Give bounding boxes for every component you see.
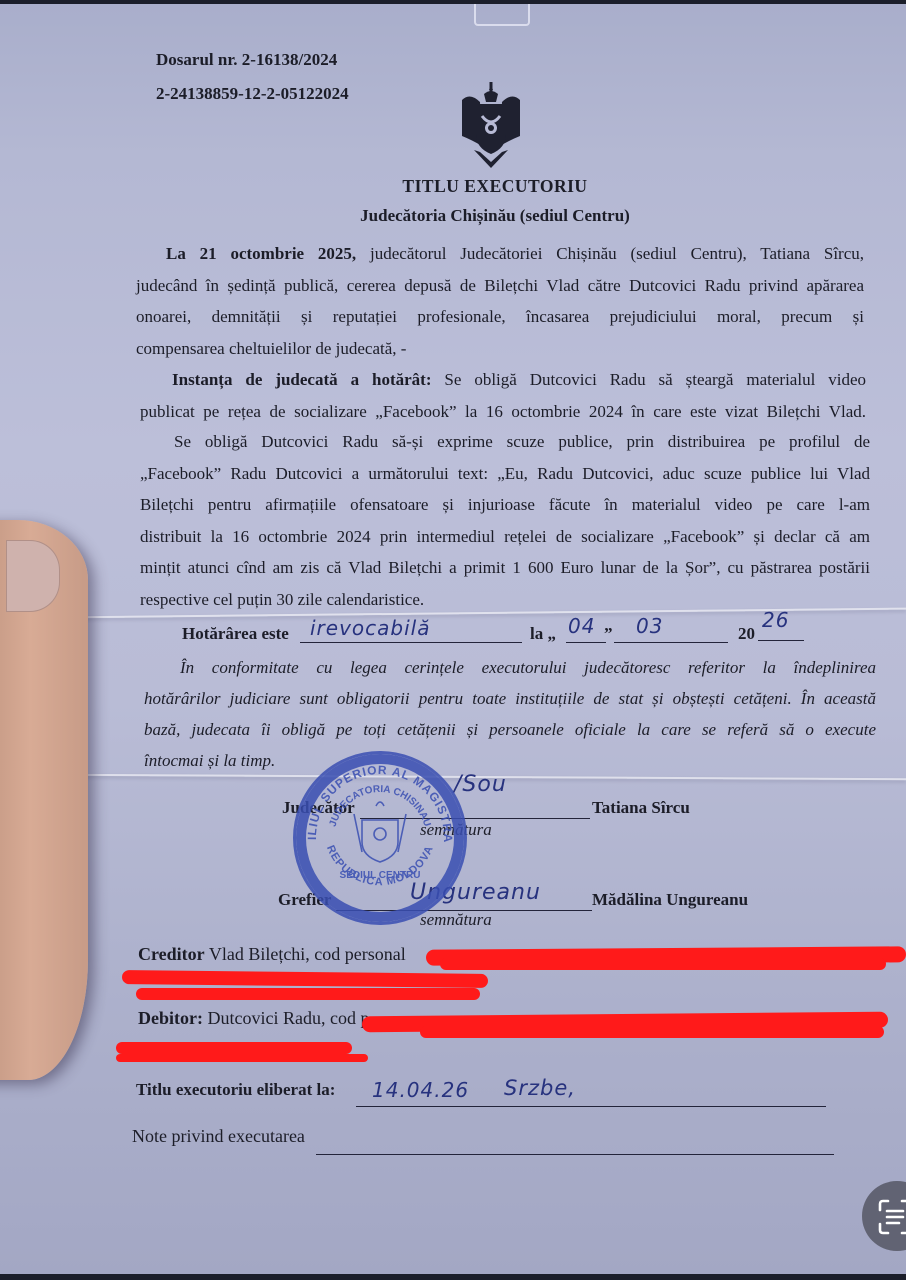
finality-year: 26 [762,608,789,632]
legal-notice: În conformitate cu legea cerințele execu… [144,652,876,776]
notes-field [316,1132,834,1155]
apology-line: mințit atunci cînd am zis că Vlad Bilețc… [140,552,870,584]
month-field [614,620,728,643]
quote-close: ” [604,624,613,644]
notice-line: hotărârilor judiciare sunt obligatorii p… [144,683,876,714]
case-number: Dosarul nr. 2-16138/2024 [156,50,337,70]
document-title: TITLU EXECUTORIU [0,176,906,197]
notice-line: În conformitate cu legea cerințele execu… [144,652,876,683]
notice-line: întocmai și la timp. [144,745,876,776]
apology-line: distribuit la 16 octombrie 2024 prin int… [140,521,870,553]
decision-paragraph: Instanța de judecată a hotărât: Se oblig… [140,364,866,427]
apology-paragraph: Se obligă Dutcovici Radu să-și exprime s… [140,426,870,615]
redaction-mark [122,970,488,988]
apology-line: respective cel puțin 30 zile calendarist… [140,584,870,616]
clerk-name: Mădălina Ungureanu [592,890,748,910]
finality-status: irevocabilă [310,616,430,640]
notice-line: bază, judecata îi obligă pe toți cetățen… [144,714,876,745]
issued-signature: Srzbe, [504,1076,576,1100]
stamp-ring-text: REPUBLICA MOLDOVA [324,844,436,889]
court-name: Judecătoria Chișinău (sediul Centru) [0,206,906,226]
judge-name: Tatiana Sîrcu [592,798,690,818]
debtor-text: Dutcovici Radu, cod p [203,1008,369,1028]
intro-line: judecând în ședință publică, cererea dep… [136,270,864,302]
scan-text-icon [878,1199,906,1235]
year-prefix: 20 [738,624,755,644]
debtor-row: Debitor: Dutcovici Radu, cod p [138,1008,369,1029]
intro-paragraph: La 21 octombrie 2025, judecătorul Judecă… [136,238,864,364]
court-stamp: CONSILIUL SUPERIOR AL MAGISTRATURII JUDE… [293,751,467,925]
creditor-text: Vlad Bilețchi, cod personal [205,944,406,964]
decision-line: Se obligă Dutcovici Radu să șteargă mate… [431,370,866,389]
hearing-date: La 21 octombrie 2025, [166,244,356,263]
issued-date: 14.04.26 [372,1078,469,1102]
date-la-label: la „ [530,624,556,644]
decision-label: Instanța de judecată a hotărât: [172,370,431,389]
redaction-mark [116,1054,368,1062]
svg-text:REPUBLICA MOLDOVA: REPUBLICA MOLDOVA [324,844,436,889]
debtor-label: Debitor: [138,1008,203,1028]
apology-line: „Facebook” Radu Dutcovici a următorului … [140,458,870,490]
thumbnail [6,540,60,612]
redaction-mark [440,958,886,970]
creditor-row: Creditor Vlad Bilețchi, cod personal [138,944,406,965]
notes-label: Note privind executarea [132,1126,305,1147]
document-photo: Dosarul nr. 2-16138/2024 2-24138859-12-2… [0,4,906,1274]
apology-line: Se obligă Dutcovici Radu să-și exprime s… [140,426,870,458]
intro-line: compensarea cheltuielilor de judecată, - [136,333,864,365]
case-id: 2-24138859-12-2-05122024 [156,84,349,104]
redaction-mark [116,1042,352,1054]
creditor-label: Creditor [138,944,205,964]
apology-line: Bilețchi pentru afirmațiile ofensatoare … [140,489,870,521]
intro-line: onoarei, demnității și reputației profes… [136,301,864,333]
issued-label: Titlu executoriu eliberat la: [136,1080,335,1100]
stamp-bottom-text: SEDIUL CENTRU [340,870,421,881]
decision-line: publicat pe rețea de socializare „Facebo… [140,396,866,428]
finality-label: Hotărârea este [182,624,289,644]
redaction-mark [136,988,480,1000]
staple-icon [474,4,530,26]
finality-day: 04 [568,614,595,638]
redaction-mark [420,1026,884,1038]
finality-month: 03 [636,614,663,638]
stamp-inner-text: JUDECATORIA CHISINAU [328,784,433,828]
moldova-coat-of-arms-icon [456,80,526,172]
intro-line: judecătorul Judecătoriei Chișinău (sediu… [356,244,864,263]
svg-text:JUDECATORIA CHISINAU: JUDECATORIA CHISINAU [328,784,433,828]
